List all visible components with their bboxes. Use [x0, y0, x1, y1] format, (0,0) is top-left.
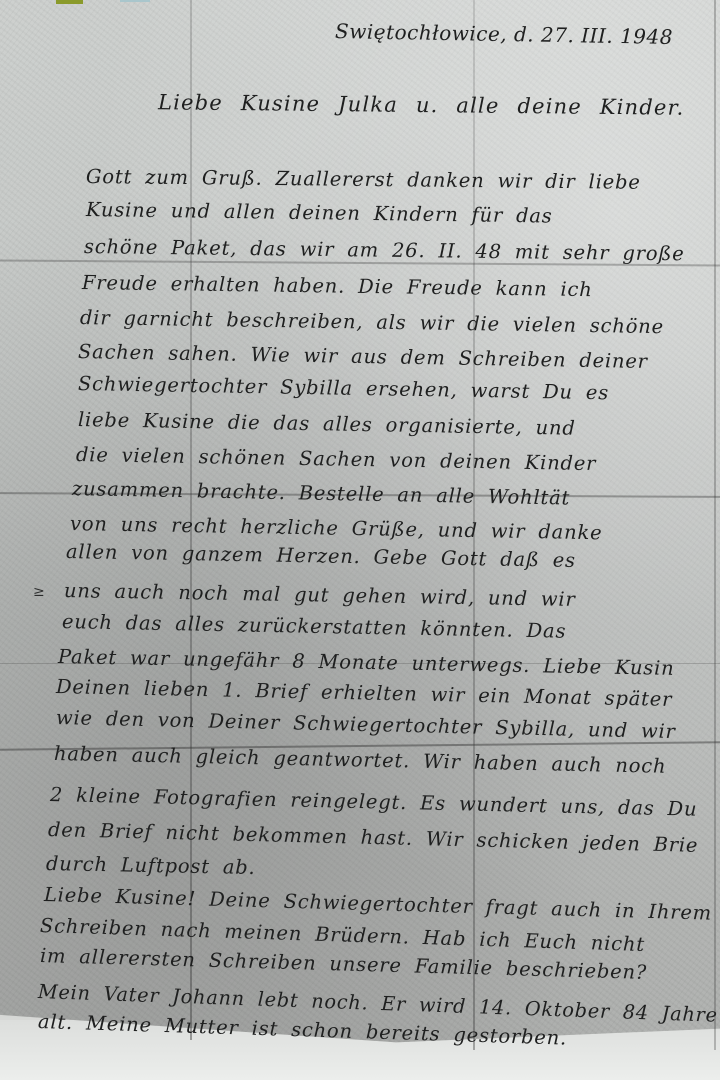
- letter-line: Paket war ungefähr 8 Monate unterwegs. L…: [58, 645, 675, 680]
- salutation: Liebe Kusine Julka u. alle deine Kinder.: [158, 90, 685, 120]
- letter-line: Freude erhalten haben. Die Freude kann i…: [82, 271, 593, 301]
- margin-mark: ≥: [33, 584, 45, 600]
- letter-line: Gott zum Gruß. Zuallererst danken wir di…: [86, 165, 641, 194]
- letter-line: dir garnicht beschreiben, als wir die vi…: [80, 306, 664, 338]
- place-date: Swiętochłowice, d. 27. III. 1948: [335, 19, 673, 49]
- letter-line: schöne Paket, das wir am 26. II. 48 mit …: [84, 235, 685, 265]
- letter-content: Swiętochłowice, d. 27. III. 1948 Liebe K…: [0, 0, 720, 1060]
- letter-line: Deinen lieben 1. Brief erhielten wir ein…: [56, 675, 673, 711]
- letter-line: allen von ganzem Herzen. Gebe Gott daß e…: [66, 540, 576, 572]
- letter-line: Kusine und allen deinen Kindern für das: [86, 198, 553, 228]
- letter-line: durch Luftpost ab.: [46, 852, 256, 879]
- letter-line: haben auch gleich geantwortet. Wir haben…: [54, 742, 667, 778]
- letter-line: euch das alles zurückerstatten könnten. …: [62, 610, 567, 643]
- letter-line: liebe Kusine die das alles organisierte,…: [78, 408, 576, 440]
- letter-line: Schwiegertochter Sybilla ersehen, warst …: [78, 372, 609, 404]
- letter-line: 2 kleine Fotografien reingelegt. Es wund…: [50, 783, 698, 821]
- letter-line: uns auch noch mal gut gehen wird, und wi…: [64, 579, 576, 611]
- letter-line: zusammen brachte. Bestelle an alle Wohlt…: [72, 477, 571, 510]
- letter-line: wie den von Deiner Schwiegertochter Sybi…: [56, 706, 676, 743]
- letter-line: die vielen schönen Sachen von deinen Kin…: [76, 443, 597, 475]
- letter-line: von uns recht herzliche Grüße, und wir d…: [70, 512, 603, 544]
- letter-line: Sachen sahen. Wie wir aus dem Schreiben …: [78, 340, 648, 373]
- letter-line: den Brief nicht bekommen hast. Wir schic…: [48, 818, 699, 857]
- letter-photo: Swiętochłowice, d. 27. III. 1948 Liebe K…: [0, 0, 720, 1080]
